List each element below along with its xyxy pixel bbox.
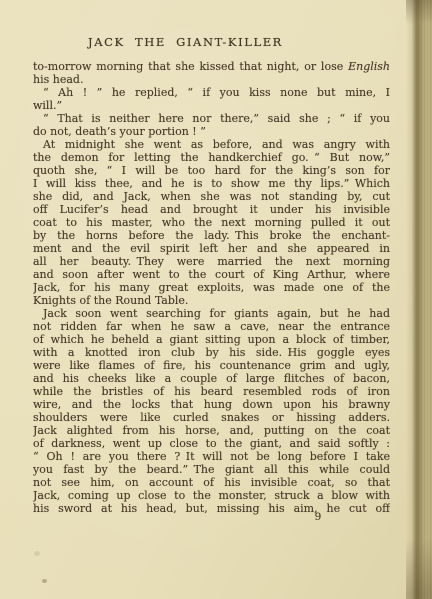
text-line: and soon after went to the court of King…	[33, 268, 390, 281]
text-line: his sword at his head, but, missing his …	[33, 502, 390, 515]
text-line: At midnight she went as before, and was …	[33, 138, 390, 151]
text-line: I will kiss thee, and he is to show me t…	[33, 177, 390, 190]
text-line: not ridden far when he saw a cave, near …	[33, 320, 390, 333]
text-line: of which he beheld a giant sitting upon …	[33, 333, 390, 346]
text-line: Knights of the Round Table.	[33, 294, 390, 307]
paragraph: “ That is neither here nor there,” said …	[33, 112, 390, 138]
text-line: you fast by the beard.” The giant all th…	[33, 463, 390, 476]
book-page: JACK THE GIANT-KILLER to-morrow morning …	[0, 0, 432, 599]
text-line: shoulders were like curled snakes or his…	[33, 411, 390, 424]
text-line: “ That is neither here nor there,” said …	[33, 112, 390, 125]
text-line: by the horns before the lady. This broke…	[33, 229, 390, 242]
text-line: Jack alighted from his horse, and, putti…	[33, 424, 390, 437]
text-line: Jack, for his many great exploits, was m…	[33, 281, 390, 294]
text-block: to-morrow morning that she kissed that n…	[33, 60, 390, 515]
text-line: while the bristles of his beard resemble…	[33, 385, 390, 398]
text-line: the demon for letting the handkerchief g…	[33, 151, 390, 164]
text-line: to-morrow morning that she kissed that n…	[33, 60, 390, 73]
running-title: JACK THE GIANT-KILLER	[88, 35, 283, 49]
text-line: all her beauty. They were married the ne…	[33, 255, 390, 268]
text-line: quoth she, “ I will be too hard for the …	[33, 164, 390, 177]
paragraph: “ Ah ! ” he replied, “ if you kiss none …	[33, 86, 390, 112]
paper-speck	[42, 579, 47, 583]
text-line: off Lucifer’s head and brought it under …	[33, 203, 390, 216]
signature-word: English	[348, 60, 390, 73]
text-line: she did, and Jack, when she was not stan…	[33, 190, 390, 203]
text-line: Jack soon went searching for giants agai…	[33, 307, 390, 320]
page-number: 9	[308, 511, 328, 523]
text-line: his head.	[33, 73, 390, 86]
text-line: wire, and the locks that hung down upon …	[33, 398, 390, 411]
text-line: ment and the evil spirit left her and sh…	[33, 242, 390, 255]
page-edge-shadow	[406, 0, 432, 599]
text-line: and his cheeks like a couple of large fl…	[33, 372, 390, 385]
text-line: with a knotted iron club by his side. Hi…	[33, 346, 390, 359]
text-line: do not, death’s your portion ! ”	[33, 125, 390, 138]
paragraph: to-morrow morning that she kissed that n…	[33, 60, 390, 86]
paper-speck	[34, 551, 40, 556]
text-line: “ Oh ! are you there ? It will not be lo…	[33, 450, 390, 463]
text-line: Jack, coming up close to the monster, st…	[33, 489, 390, 502]
paragraph: Jack soon went searching for giants agai…	[33, 307, 390, 515]
text-line: coat to his master, who the next morning…	[33, 216, 390, 229]
text-line: “ Ah ! ” he replied, “ if you kiss none …	[33, 86, 390, 99]
text-line: of darkness, went up close to the giant,…	[33, 437, 390, 450]
text-line: were like flames of fire, his countenanc…	[33, 359, 390, 372]
text-line: not see him, on account of his invisible…	[33, 476, 390, 489]
paragraph: At midnight she went as before, and was …	[33, 138, 390, 307]
text-line: will.”	[33, 99, 390, 112]
